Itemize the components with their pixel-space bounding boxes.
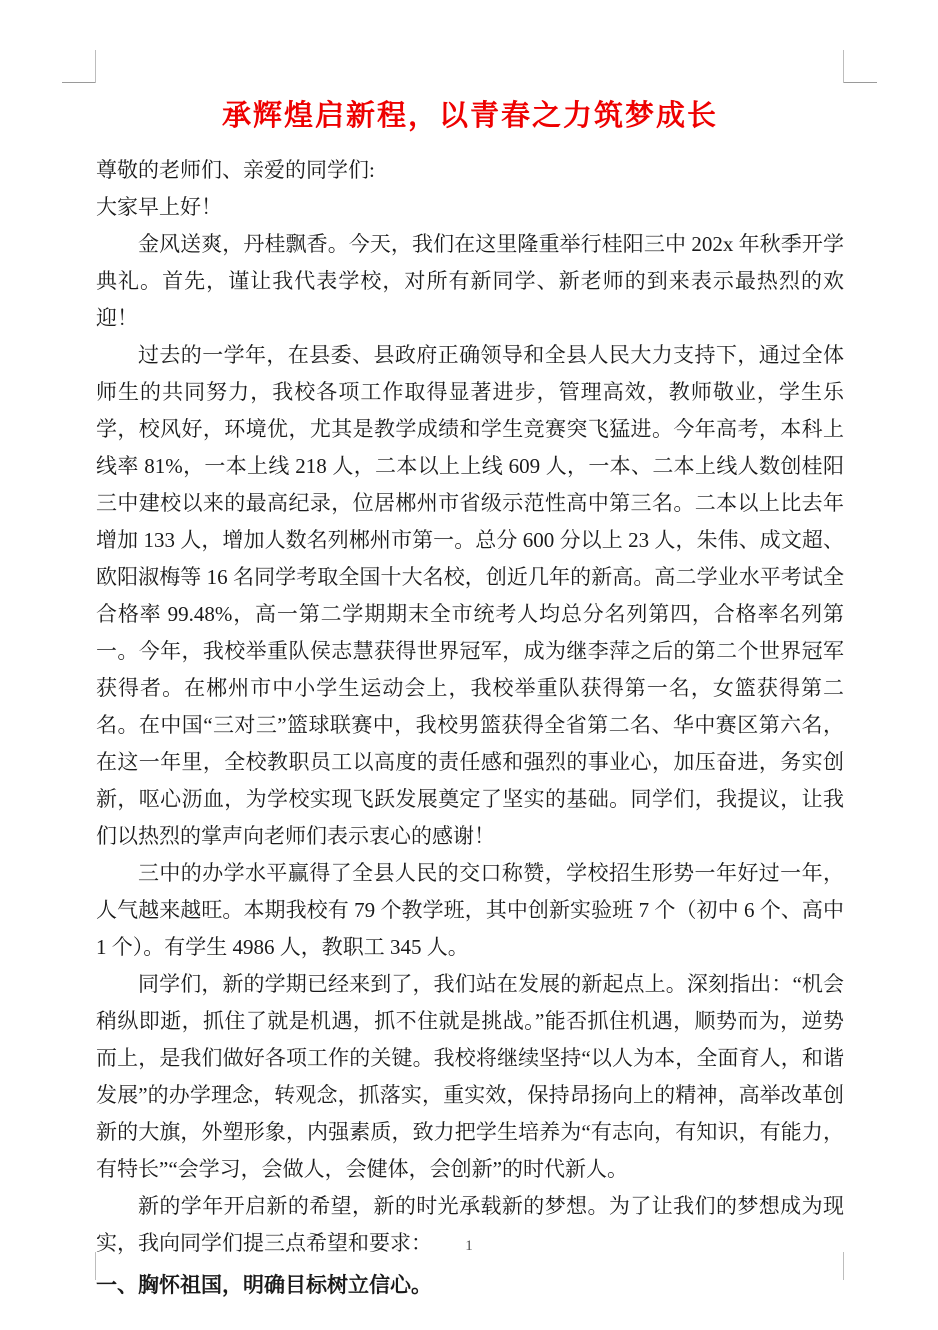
paragraph-new-semester: 同学们，新的学期已经来到了，我们站在发展的新起点上。深刻指出：“机会稍纵即逝，抓… xyxy=(96,966,844,1188)
paragraph-achievements: 过去的一学年，在县委、县政府正确领导和全县人民大力支持下，通过全体师生的共同努力… xyxy=(96,337,844,855)
crop-mark-top-right-horizontal xyxy=(843,82,877,83)
paragraph-salutation: 尊敬的老师们、亲爱的同学们: xyxy=(96,152,844,189)
crop-mark-top-right-vertical xyxy=(843,50,844,83)
section-heading-1: 一、胸怀祖国，明确目标树立信心。 xyxy=(96,1267,844,1304)
paragraph-opening: 金风送爽，丹桂飘香。今天，我们在这里隆重举行桂阳三中 202x 年秋季开学典礼。… xyxy=(96,226,844,337)
page-number: 1 xyxy=(0,1238,938,1255)
paragraph-enrollment: 三中的办学水平赢得了全县人民的交口称赞，学校招生形势一年好过一年，人气越来越旺。… xyxy=(96,855,844,966)
paragraph-greeting: 大家早上好！ xyxy=(96,189,844,226)
crop-mark-top-left-horizontal xyxy=(62,82,96,83)
document-page: 承辉煌启新程，以青春之力筑梦成长 尊敬的老师们、亲爱的同学们: 大家早上好！ 金… xyxy=(0,0,938,1330)
page-title: 承辉煌启新程，以青春之力筑梦成长 xyxy=(96,95,844,137)
document-body: 承辉煌启新程，以青春之力筑梦成长 尊敬的老师们、亲爱的同学们: 大家早上好！ 金… xyxy=(96,95,844,1304)
crop-mark-top-left-vertical xyxy=(95,50,96,83)
